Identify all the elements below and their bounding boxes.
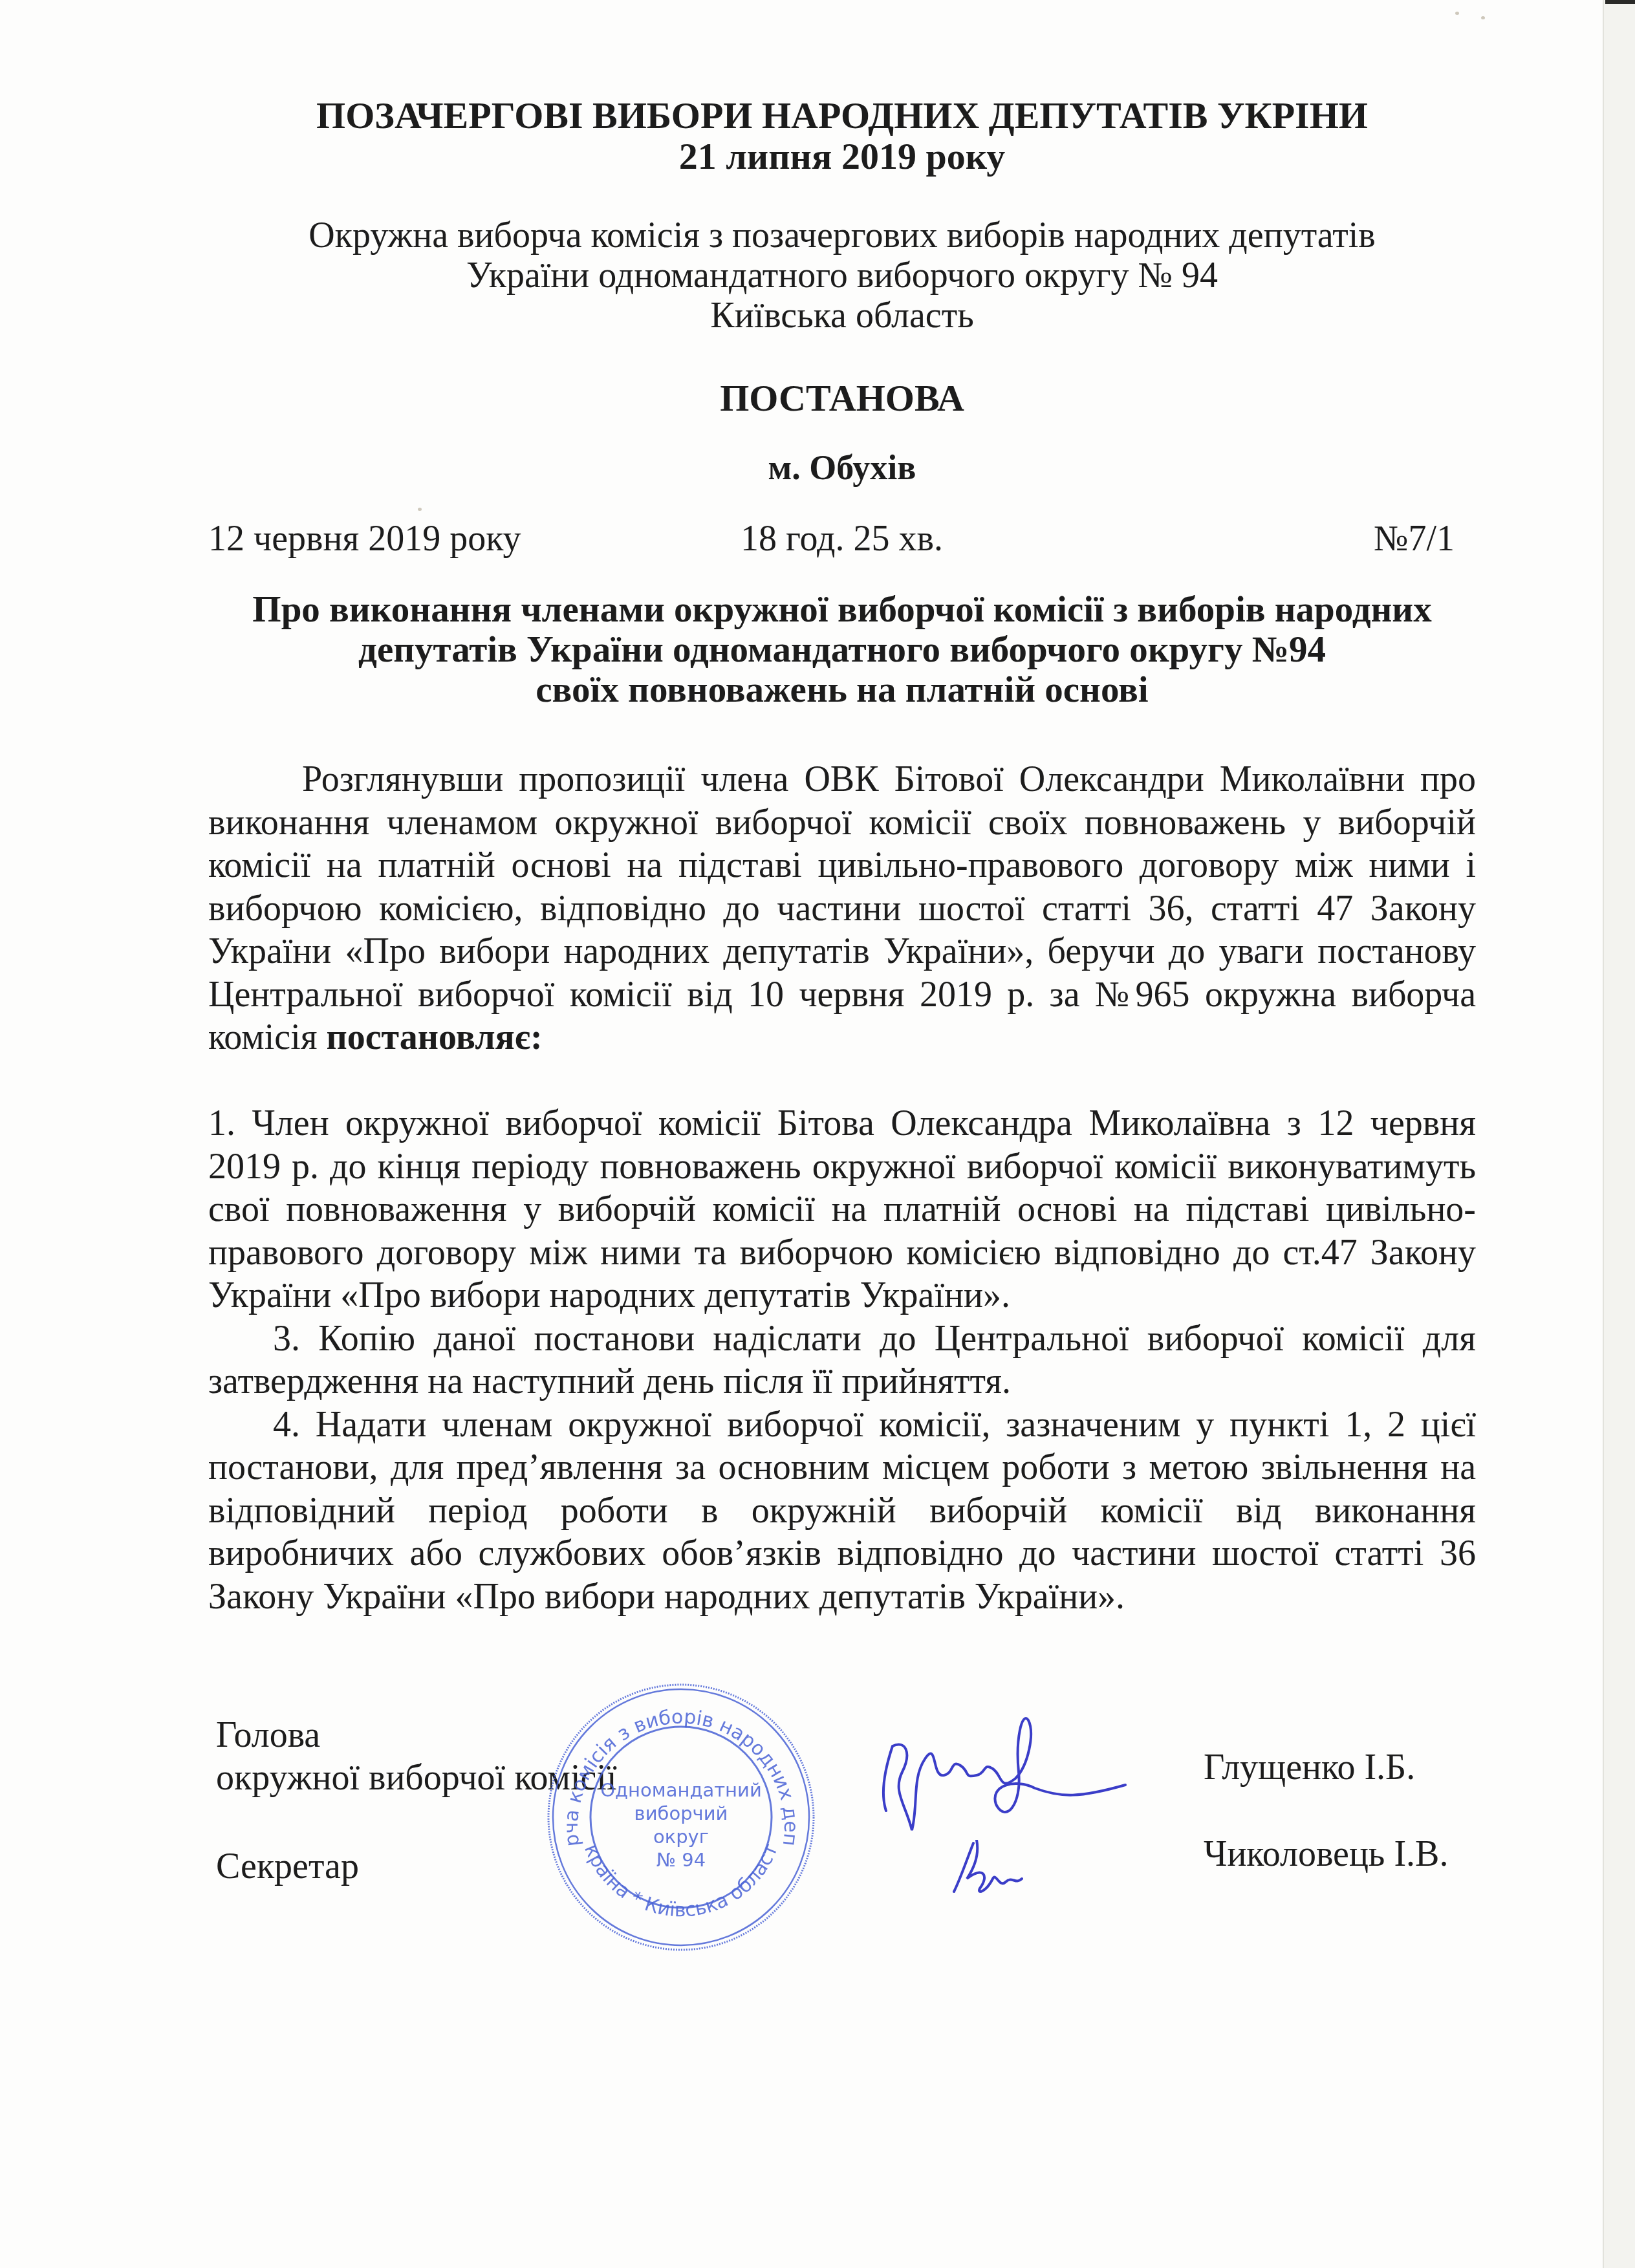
election-date: 21 липня 2019 року bbox=[208, 136, 1476, 177]
chair-name: Глущенко І.Б. bbox=[1204, 1746, 1415, 1789]
date-time-number-row: 12 червня 2019 року 18 год. 25 хв. №7/1 bbox=[208, 517, 1476, 563]
scan-speck bbox=[1455, 12, 1459, 15]
official-stamp: Окружна виборча комісія з виборів народн… bbox=[545, 1681, 817, 1953]
document-city: м. Обухів bbox=[208, 448, 1476, 488]
item-3: 3. Копію даної постанови надіслати до Це… bbox=[208, 1317, 1476, 1403]
scan-speck bbox=[1481, 16, 1485, 19]
commission-name: Окружна виборча комісія з позачергових в… bbox=[208, 215, 1476, 336]
stamp-center-line-2: виборчий bbox=[634, 1802, 728, 1824]
subject-line-3: своїх повноважень на платній основі bbox=[208, 670, 1476, 710]
secretary-title: Секретар bbox=[216, 1845, 359, 1888]
document-header: ПОЗАЧЕРГОВІ ВИБОРИ НАРОДНИХ ДЕПУТАТІВ УК… bbox=[208, 95, 1476, 177]
resolution-date: 12 червня 2019 року bbox=[208, 517, 521, 560]
stamp-center-line-3: округ bbox=[653, 1826, 709, 1848]
election-title: ПОЗАЧЕРГОВІ ВИБОРИ НАРОДНИХ ДЕПУТАТІВ УК… bbox=[208, 95, 1476, 136]
commission-line-1: Окружна виборча комісія з позачергових в… bbox=[208, 215, 1476, 255]
resolution-time: 18 год. 25 хв. bbox=[741, 517, 943, 560]
item-1: 1. Член окружної виборчої комісії Бітова… bbox=[208, 1102, 1476, 1317]
subject-line-1: Про виконання членами окружної виборчої … bbox=[208, 590, 1476, 630]
resolution-body: Розглянувши пропозиції члена ОВК Бітової… bbox=[208, 758, 1476, 1618]
resolution-number: №7/1 bbox=[1374, 517, 1455, 560]
resolves-label: постановляє: bbox=[326, 1017, 542, 1057]
scan-corner-artifact bbox=[1605, 0, 1635, 4]
preamble-paragraph: Розглянувши пропозиції члена ОВК Бітової… bbox=[208, 758, 1476, 1059]
document-type: ПОСТАНОВА bbox=[208, 376, 1476, 420]
secretary-name: Чиколовець І.В. bbox=[1204, 1833, 1448, 1875]
scan-paper-edge bbox=[1603, 0, 1635, 2268]
resolution-subject: Про виконання членами окружної виборчої … bbox=[208, 590, 1476, 710]
blank-line bbox=[208, 1059, 1476, 1103]
stamp-center-line-4: № 94 bbox=[656, 1849, 706, 1871]
chair-signature bbox=[867, 1714, 1138, 1843]
preamble-text: Розглянувши пропозиції члена ОВК Бітової… bbox=[208, 759, 1476, 1057]
scan-speck bbox=[418, 508, 422, 511]
secretary-signature bbox=[947, 1840, 1032, 1898]
commission-line-2: України одномандатного виборчого округу … bbox=[208, 255, 1476, 296]
stamp-center-line-1: Одномандатний bbox=[600, 1779, 762, 1801]
commission-line-3: Київська область bbox=[208, 296, 1476, 336]
subject-line-2: депутатів України одномандатного виборчо… bbox=[208, 630, 1476, 670]
item-4: 4. Надати членам окружної виборчої коміс… bbox=[208, 1403, 1476, 1619]
